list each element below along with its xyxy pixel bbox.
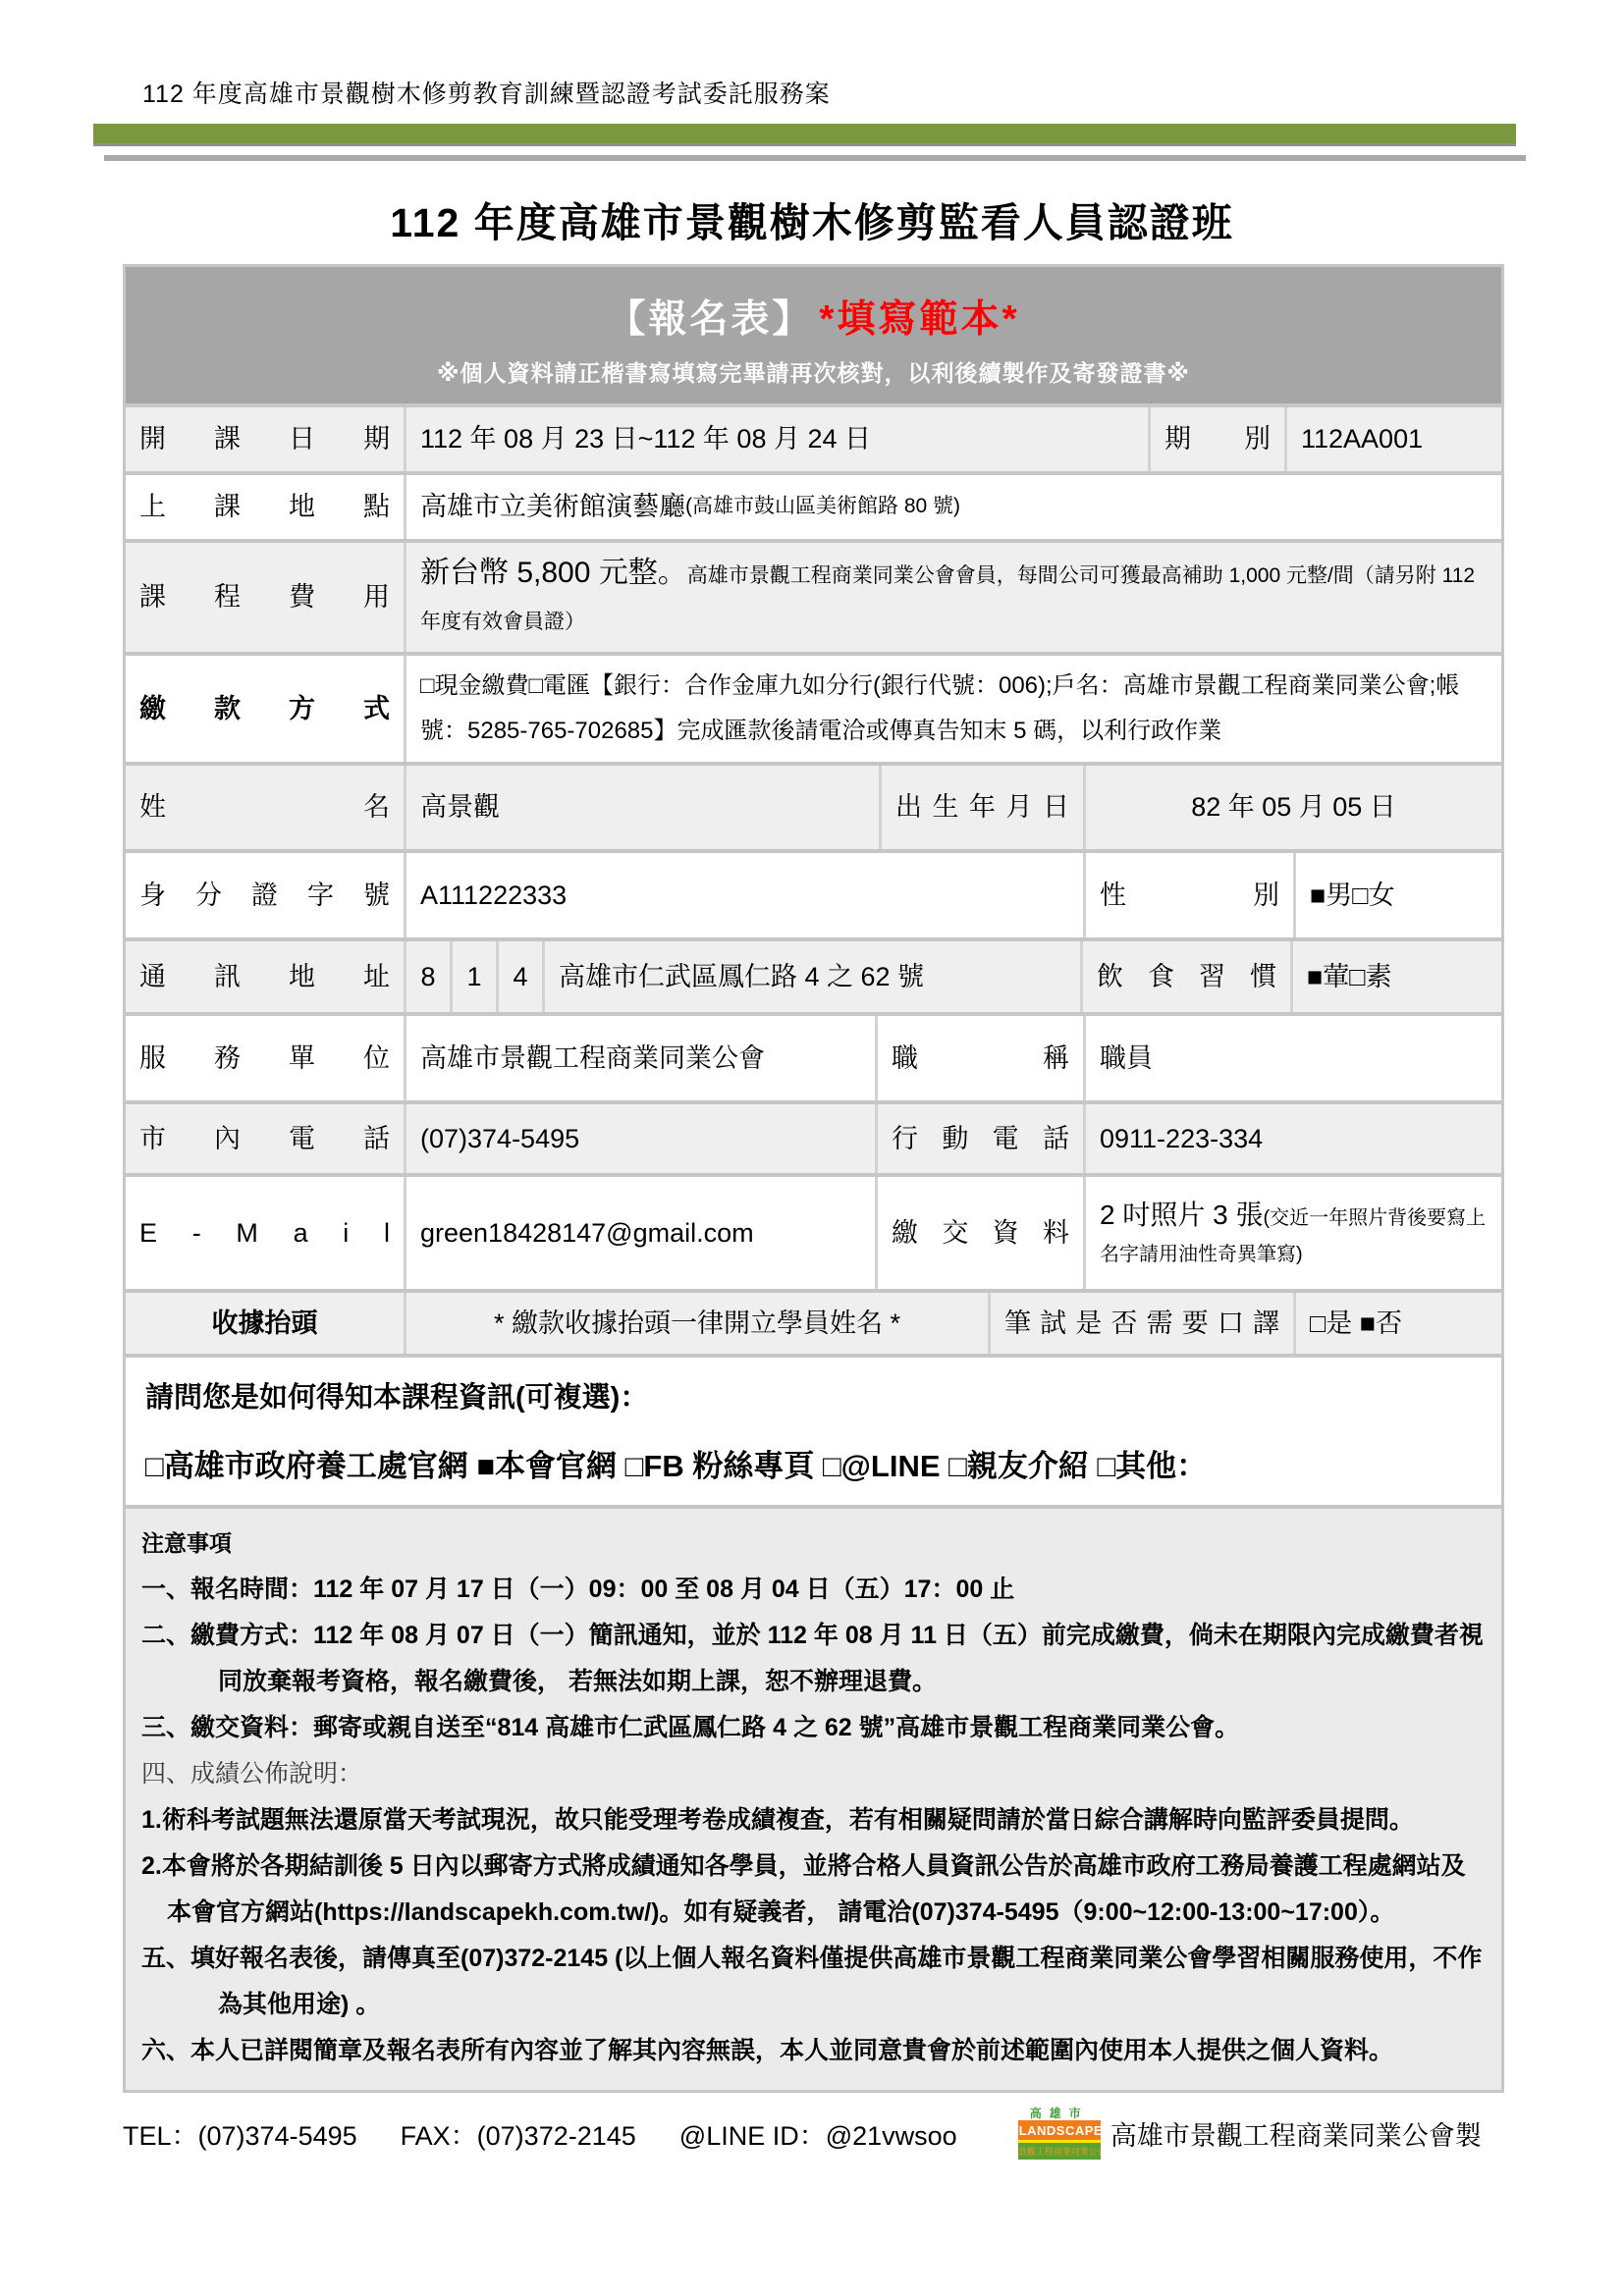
documents-value: 2 吋照片 3 張(交近一年照片背後要寫上名字請用油性奇異筆寫) [1083, 1177, 1501, 1289]
note-item-6: 2.本會將於各期結訓後 5 日內以郵寄方式將成績通知各學員，並將合格人員資訊公告… [141, 1843, 1486, 1936]
form-title: 【報名表】 [607, 298, 813, 341]
documents-label: 繳交資料 [875, 1177, 1083, 1289]
location-value: 高雄市立美術館演藝廳(高雄市鼓山區美術館路 80 號) [404, 475, 1501, 539]
note-item-2: 二、繳費方式：112 年 08 月 07 日（一）簡訊通知，並於 112 年 0… [141, 1613, 1486, 1705]
row-location: 上 課 地 點 高雄市立美術館演藝廳(高雄市鼓山區美術館路 80 號) [126, 471, 1501, 539]
page-footer: TEL：(07)374-5495 FAX：(07)372-2145 @LINE … [123, 2107, 1504, 2160]
location-label: 上 課 地 點 [126, 475, 404, 539]
course-date-label: 開 課 日 期 [126, 407, 404, 471]
logo-association-text: 景觀工程商業同業公會 [1018, 2143, 1101, 2160]
receipt-value: * 繳款收據抬頭一律開立學員姓名 * [404, 1293, 988, 1354]
registration-form-table: 【報名表】*填寫範本* ※個人資料請正楷書寫填寫完畢請再次核對，以利後續製作及寄… [123, 264, 1504, 2093]
fee-label: 課 程 費 用 [126, 543, 404, 652]
diet-checkboxes: ■葷□素 [1290, 941, 1501, 1012]
employer-label: 服 務 單 位 [126, 1016, 404, 1100]
gray-divider-bar [104, 155, 1526, 161]
dob-value: 82 年 05 月 05 日 [1083, 766, 1501, 849]
form-sample-label: *填寫範本* [819, 298, 1019, 341]
note-item-8: 六、本人已詳閱簡章及報名表所有內容並了解其內容無誤，本人並同意貴會於前述範圍內使… [141, 2028, 1486, 2074]
job-title-label: 職 稱 [875, 1016, 1083, 1100]
id-number-value: A111222333 [404, 853, 1083, 937]
notes-heading: 注意事項 [141, 1521, 1486, 1567]
interpreter-label: 筆試是否需要口譯 [988, 1293, 1293, 1354]
footer-maker: 高雄市景觀工程商業同業公會製 [1110, 2114, 1482, 2153]
fee-value: 新台幣 5,800 元整。高雄市景觀工程商業同業公會會員，每間公司可獲最高補助 … [404, 543, 1501, 652]
zip-digit-1: 8 [404, 941, 450, 1012]
form-header: 【報名表】*填寫範本* ※個人資料請正楷書寫填寫完畢請再次核對，以利後續製作及寄… [126, 267, 1501, 403]
zip-digit-2: 1 [450, 941, 496, 1012]
note-item-5: 1.術科考試題無法還原當天考試現況，故只能受理考卷成績複查，若有相關疑問請於當日… [141, 1797, 1486, 1843]
payment-value: □現金繳費□電匯【銀行：合作金庫九如分行(銀行代號：006);戶名：高雄市景觀工… [404, 656, 1501, 762]
row-id-number: 身分證字號 A111222333 性 別 ■男□女 [126, 849, 1501, 937]
dob-label: 出生年月日 [879, 766, 1083, 849]
name-label: 姓 名 [126, 766, 404, 849]
phone-label: 市 內 電 話 [126, 1104, 404, 1173]
row-course-date: 開 課 日 期 112 年 08 月 23 日~112 年 08 月 24 日 … [126, 403, 1501, 471]
footer-tel: TEL：(07)374-5495 [123, 2114, 357, 2153]
footer-fax: FAX：(07)372-2145 [401, 2114, 636, 2153]
job-title-value: 職員 [1083, 1016, 1501, 1100]
row-fee: 課 程 費 用 新台幣 5,800 元整。高雄市景觀工程商業同業公會會員，每間公… [126, 539, 1501, 652]
email-value: green18428147@gmail.com [404, 1177, 875, 1289]
sex-checkboxes: ■男□女 [1293, 853, 1501, 937]
notes-section: 注意事項 一、報名時間：112 年 07 月 17 日（一）09：00 至 08… [126, 1505, 1501, 2090]
address-label: 通 訊 地 址 [126, 941, 404, 1012]
survey-section: 請問您是如何得知本課程資訊(可複選)： □高雄市政府養工處官網 ■本會官網 □F… [126, 1354, 1501, 1505]
row-employer: 服 務 單 位 高雄市景觀工程商業同業公會 職 稱 職員 [126, 1012, 1501, 1100]
logo-landscape-text: LANDSCAPE [1018, 2120, 1101, 2143]
row-payment: 繳 款 方 式 □現金繳費□電匯【銀行：合作金庫九如分行(銀行代號：006);戶… [126, 652, 1501, 762]
logo-city-text: 高雄市 [1018, 2107, 1101, 2120]
id-number-label: 身分證字號 [126, 853, 404, 937]
form-subtitle: ※個人資料請正楷書寫填寫完畢請再次核對，以利後續製作及寄發證書※ [126, 355, 1501, 388]
employer-value: 高雄市景觀工程商業同業公會 [404, 1016, 875, 1100]
green-divider-bar [93, 124, 1516, 146]
row-name: 姓 名 高景觀 出生年月日 82 年 05 月 05 日 [126, 762, 1501, 849]
survey-question: 請問您是如何得知本課程資訊(可複選)： [145, 1375, 1482, 1415]
row-address: 通 訊 地 址 8 1 4 高雄市仁武區鳳仁路 4 之 62 號 飲 食 習 慣… [126, 937, 1501, 1012]
phone-value: (07)374-5495 [404, 1104, 875, 1173]
payment-label: 繳 款 方 式 [126, 656, 404, 762]
period-label: 期 別 [1148, 407, 1284, 471]
mobile-label: 行 動 電 話 [875, 1104, 1083, 1173]
form-title-line: 【報名表】*填寫範本* [126, 289, 1501, 344]
name-value: 高景觀 [404, 766, 879, 849]
course-date-value: 112 年 08 月 23 日~112 年 08 月 24 日 [404, 407, 1148, 471]
survey-options: □高雄市政府養工處官網 ■本會官網 □FB 粉絲專頁 □@LINE □親友介紹 … [145, 1441, 1482, 1485]
zip-digit-3: 4 [496, 941, 542, 1012]
footer-line-id: @LINE ID：@21vwsoo [679, 2114, 957, 2153]
row-email: E - M a i l green18428147@gmail.com 繳交資料… [126, 1173, 1501, 1289]
note-item-4: 四、成績公佈說明： [141, 1751, 1486, 1797]
receipt-label: 收據抬頭 [126, 1293, 404, 1354]
note-item-7: 五、填好報名表後，請傳真至(07)372-2145 (以上個人報名資料僅提供高雄… [141, 1936, 1486, 2028]
period-value: 112AA001 [1284, 407, 1501, 471]
page-title: 112 年度高雄市景觀樹木修剪監看人員認證班 [0, 190, 1624, 248]
email-label: E - M a i l [126, 1177, 404, 1289]
registration-form-page: 112 年度高雄市景觀樹木修剪教育訓練暨認證考試委託服務案 112 年度高雄市景… [0, 75, 1624, 2160]
note-item-3: 三、繳交資料：郵寄或親自送至“814 高雄市仁武區鳳仁路 4 之 62 號”高雄… [141, 1705, 1486, 1751]
diet-label: 飲 食 習 慣 [1080, 941, 1290, 1012]
row-receipt: 收據抬頭 * 繳款收據抬頭一律開立學員姓名 * 筆試是否需要口譯 □是 ■否 [126, 1289, 1501, 1354]
row-phone: 市 內 電 話 (07)374-5495 行 動 電 話 0911-223-33… [126, 1100, 1501, 1173]
landscape-association-logo: 高雄市 LANDSCAPE 景觀工程商業同業公會 [1018, 2107, 1101, 2160]
address-value: 高雄市仁武區鳳仁路 4 之 62 號 [542, 941, 1080, 1012]
mobile-value: 0911-223-334 [1083, 1104, 1501, 1173]
sex-label: 性 別 [1083, 853, 1293, 937]
document-header: 112 年度高雄市景觀樹木修剪教育訓練暨認證考試委託服務案 [142, 75, 1624, 110]
note-item-1: 一、報名時間：112 年 07 月 17 日（一）09：00 至 08 月 04… [141, 1567, 1486, 1613]
interpreter-checkboxes: □是 ■否 [1293, 1293, 1501, 1354]
